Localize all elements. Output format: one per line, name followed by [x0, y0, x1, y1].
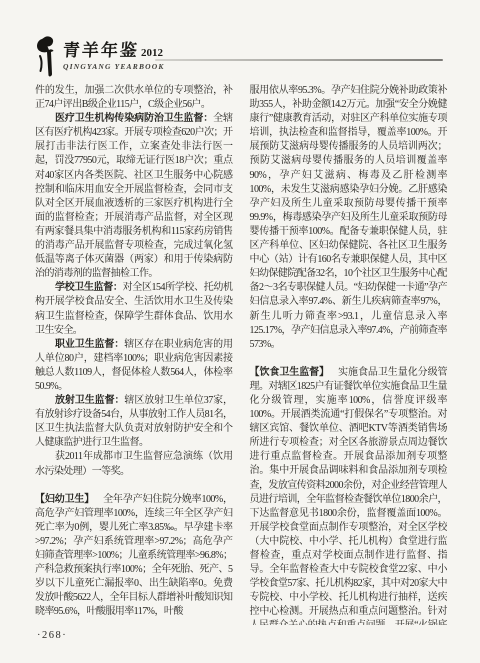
page-footer: ·268· [37, 625, 67, 643]
entry-paragraph: 【妇幼卫生】全年孕产妇住院分娩率100%，高危孕产妇管理率100%，连续三年全区… [35, 493, 233, 620]
paragraph-lead: 职业卫生监督： [55, 339, 124, 350]
yearbook-page: 青羊年鉴 2012 QINGYANG YEARBOOK 件的发生，加强二次供水单… [0, 0, 480, 663]
page-number: ·268· [37, 630, 67, 641]
logo-title-line: 青羊年鉴 2012 [63, 36, 165, 61]
right-column: 服用依从率95.3%。孕产妇住院分娩补助政策补助355人，补助金额14.2万元。… [250, 84, 448, 625]
left-column: 件的发生，加强二次供水单位的专项整治，补正74户评出B级企业115户，C级企业5… [35, 84, 233, 625]
paragraph: 件的发生，加强二次供水单位的专项整治，补正74户评出B级企业115户，C级企业5… [35, 84, 233, 112]
goat-brush-mark-icon [35, 36, 59, 78]
entry-heading: 【饮食卫生监督】 [250, 367, 330, 378]
yearbook-title: 青羊年鉴 [62, 36, 140, 61]
page-header: 青羊年鉴 2012 QINGYANG YEARBOOK [35, 36, 445, 82]
page-body: 件的发生，加强二次供水单位的专项整治，补正74户评出B级企业115户，C级企业5… [35, 84, 447, 625]
paragraph-lead: 放射卫生监督： [55, 395, 124, 406]
yearbook-year: 2012 [141, 47, 163, 59]
paragraph: 学校卫生监督：对全区154所学校、托幼机构开展学校食品安全、生活饮用水卫生及传染… [35, 281, 233, 337]
paragraph-lead: 学校卫生监督： [55, 282, 123, 293]
entry-paragraph: 【饮食卫生监督】实施食品卫生量化分级管理。对辖区1825户有证餐饮单位实施食品卫… [250, 366, 448, 625]
paragraph: 服用依从率95.3%。孕产妇住院分娩补助政策补助355人，补助金额14.2万元。… [250, 84, 448, 352]
paragraph-lead: 医疗卫生机构传染病防治卫生监督： [55, 113, 213, 124]
paragraph: 获2011年成都市卫生监督应急演练（饮用水污染处理）一等奖。 [35, 450, 233, 478]
paragraph: 职业卫生监督：辖区存在职业病危害的用人单位80户，建档率100%；职业病危害因素… [35, 338, 233, 394]
logo-text: 青羊年鉴 2012 QINGYANG YEARBOOK [63, 36, 165, 71]
yearbook-subtitle: QINGYANG YEARBOOK [63, 62, 165, 71]
paragraph: 医疗卫生机构传染病防治卫生监督：全辖区有医疗机构423家。开展专项检查620户次… [35, 112, 233, 281]
yearbook-logo: 青羊年鉴 2012 QINGYANG YEARBOOK [35, 36, 165, 78]
header-rule [155, 59, 443, 61]
paragraph: 放射卫生监督：辖区放射卫生单位37家，有放射诊疗设备54台，从事放射工作人员81… [35, 394, 233, 450]
entry-heading: 【妇幼卫生】 [35, 494, 94, 505]
